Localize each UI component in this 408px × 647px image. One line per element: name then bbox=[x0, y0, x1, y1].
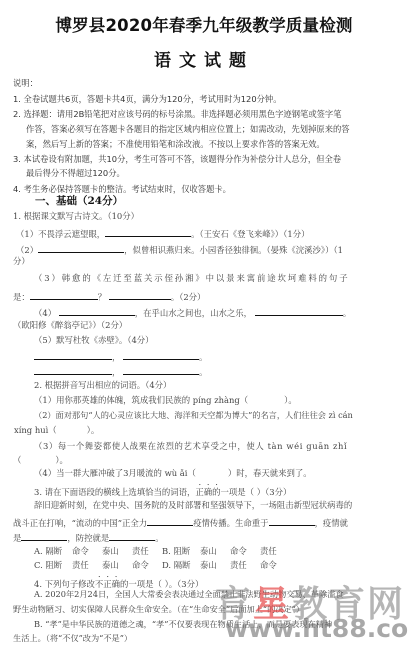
answer-blank bbox=[34, 350, 112, 360]
q3-options-row: C. 阻断责任泰山命令D. 隔断泰山责任命令 bbox=[34, 560, 277, 571]
answer-blank bbox=[38, 243, 124, 253]
q1-part2: （2），似曾相识燕归来。小园香径独徘徊。（晏殊《浣溪沙》）（1 bbox=[16, 243, 343, 256]
answer-blank bbox=[269, 516, 315, 526]
q2-stem: 2. 根据拼音写出相应的词语。（4分） bbox=[34, 380, 171, 391]
q1-part1: （1）不畏浮云遮望眼，。（王安石《登飞来峰》）（1分） bbox=[16, 227, 309, 240]
instruction-line: 案，然后写上新的答案；不准使用铅笔和涂改液。不按以上要求作答的答案无效。 bbox=[26, 139, 325, 150]
answer-blank bbox=[21, 531, 67, 541]
answer-blank bbox=[105, 227, 191, 237]
answer-blank bbox=[34, 365, 112, 375]
exam-title: 博罗县2020年春季九年级教学质量检测 bbox=[0, 12, 408, 36]
instruction-line: 最后得分不得超过120分。 bbox=[26, 168, 125, 179]
q3-paragraph: 战斗正在打响，“流动的中国”正全力疫情传播。生命重于，疫情就 bbox=[13, 516, 348, 529]
q1-part4: （4） ，在乎山水之间也，山水之乐， 。 bbox=[34, 306, 351, 319]
answer-blank bbox=[123, 365, 199, 375]
q2-part2: （2）面对那句“人的心灵应该比大地、海洋和天空都为博大”的名言，人们往往会 zì… bbox=[34, 410, 353, 421]
q1-part2-cont: 分） bbox=[13, 256, 30, 267]
q2-part2-cont: xíng huì（）。 bbox=[14, 425, 99, 436]
instruction-line: 1. 全卷试题共6页，答题卡共4页，满分为120分，考试用时为120分钟。 bbox=[13, 94, 282, 105]
instructions-heading: 说明： bbox=[13, 78, 38, 89]
q1-part3: （3）韩愈的《左迁至蓝关示侄孙湘》中以景来寓前途坎坷难料的句子 bbox=[34, 273, 349, 284]
q4-stem: 4. 下列句子修改不正确的一项是（ ）。（3分） bbox=[34, 574, 203, 590]
q3-options-row: A. 隔断命令泰山责任B. 阻断泰山命令责任 bbox=[34, 546, 277, 557]
watermark-url: www.ht88.com bbox=[225, 614, 408, 643]
q2-part1: （1）用你那英雄的体魄，筑成我们民族的 píng zhàng（）。 bbox=[34, 395, 297, 406]
q2-part3-cont: （）。 bbox=[13, 455, 68, 466]
answer-blank bbox=[109, 531, 155, 541]
exam-subtitle: 语文试题 bbox=[0, 46, 408, 71]
answer-blank bbox=[123, 350, 199, 360]
exam-page: 博罗县2020年春季九年级教学质量检测 语文试题 说明： 1. 全卷试题共6页，… bbox=[0, 0, 408, 647]
q2-part4: （4）当一群大雁冲破了3月暖流的 wù ǎi（）时，春天就来到了。 bbox=[34, 468, 312, 479]
q4-option-b-cont: 生活上。（将“不仅”改为“不是”） bbox=[13, 633, 132, 644]
q3-paragraph: 是，防控就是。 bbox=[13, 531, 164, 544]
q1-part5: （5）默写杜牧《赤壁》。（4分） bbox=[34, 335, 154, 346]
answer-blank bbox=[30, 290, 98, 300]
answer-blank bbox=[255, 306, 343, 316]
answer-blank bbox=[59, 306, 135, 316]
q1-part5-lines: ， 。 bbox=[34, 365, 207, 378]
q3-paragraph: 辞旧迎新时刻，在党中央、国务院的及时部署和坚强领导下，一场阻击新型冠状病毒的 bbox=[34, 500, 352, 511]
q1-part3-answer: 是：？ 。（2分） bbox=[13, 290, 205, 303]
answer-blank bbox=[109, 290, 171, 300]
q1-part5-lines: ， 。 bbox=[34, 350, 207, 363]
instruction-line: 2. 选择题：请用2B铅笔把对应该号码的标号涂黑。非选择题必须用黑色字迹钢笔或签… bbox=[13, 109, 342, 120]
section-heading: 一、基础（24分） bbox=[35, 194, 123, 208]
q1-part4-source: （欧阳修《醉翁亭记》）（2分） bbox=[13, 320, 127, 331]
instruction-line: 3. 本试卷设有附加题，共10分，考生可答可不答，该题得分作为补偿分计人总分，但… bbox=[13, 154, 341, 165]
q3-stem: 3. 请在下面语段的横线上选填恰当的词语，正确的一项是（ ）（3分） bbox=[34, 482, 291, 498]
q2-part3: （3）每一个舞姿都使人战栗在浓烈的艺术享受之中，使人 tàn wéi guān … bbox=[34, 441, 347, 452]
answer-blank bbox=[147, 516, 193, 526]
q1-stem: 1. 根据课文默写古诗文。（10分） bbox=[13, 211, 139, 222]
instruction-line: 作答，答案必须写在答题卡各题目的指定区域内相应位置上；如需改动，先划掉原来的答 bbox=[26, 124, 350, 135]
